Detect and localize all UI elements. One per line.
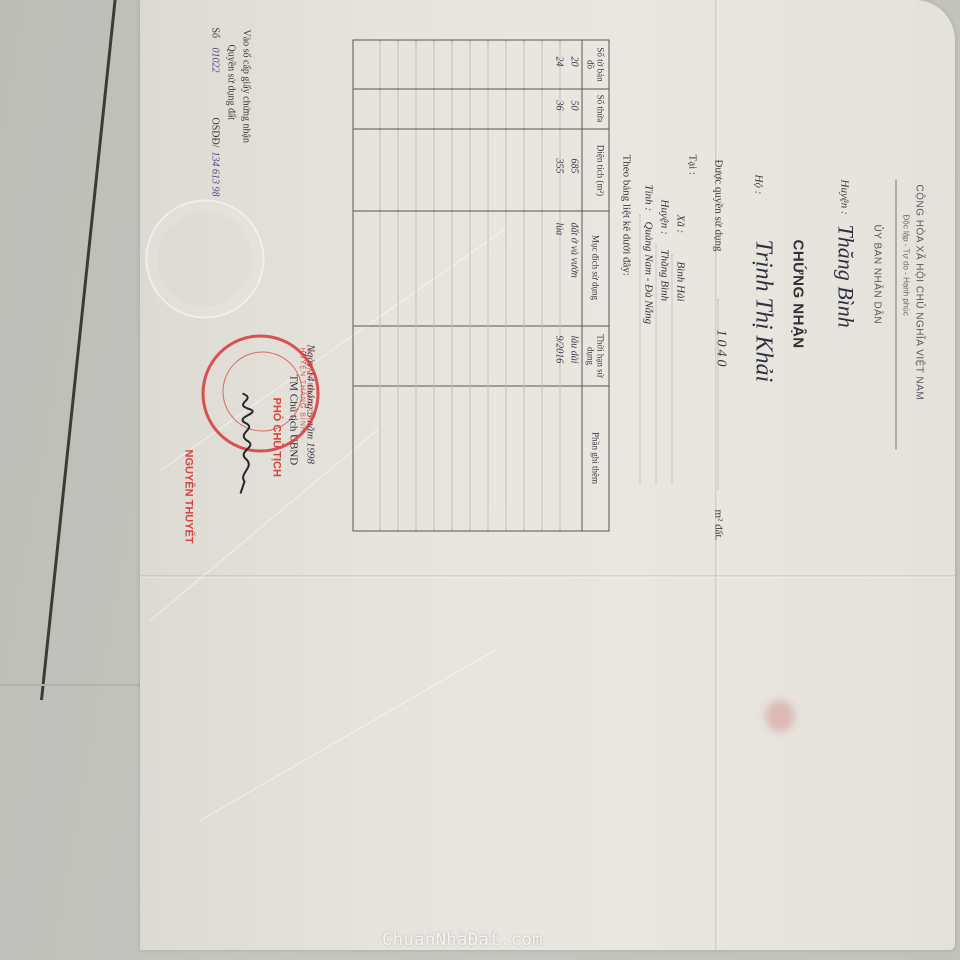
committee-label: ỦY BAN NHÂN DÂN [872,225,883,325]
registration-line-1: Vào sổ cấp giấy chứng nhận [241,30,252,143]
list-intro: Theo bảng liệt kê dưới đây: [621,155,633,276]
table-header-area: Diện tích (m²) [596,133,606,209]
location-label: Tại : [687,155,699,175]
table-cell: 9/2016 [554,336,565,364]
holder-name: Trịnh Thị Khải [750,240,777,383]
registration-line-2: Quyền sử dụng đất [226,45,237,121]
table-column-divider [354,89,609,90]
land-parcel-table: Số tờ bản đồ Số thửa Diện tích (m²) Mục … [353,40,610,532]
province-value: Quảng Nam - Đà Nẵng [643,222,655,325]
table-row-line [398,41,399,531]
table-column-divider [354,129,609,130]
province-label: Tỉnh : [643,185,655,212]
area-value: 1040 [713,330,729,370]
district-value: Thăng Bình [833,225,859,328]
registration-suffix: OSDĐ/ [210,118,221,148]
dotted-line [640,215,641,485]
floor-tile-joint-horizontal [0,684,145,686]
commune-label: Xã : [675,215,687,234]
motto: Độc lập - Tự do - Hạnh phúc [902,215,911,316]
header-rule [896,180,897,450]
table-row-line [452,41,453,531]
table-row-line [470,41,471,531]
table-header-purpose: Mục đích sử dụng [591,213,601,323]
table-column-divider [354,326,609,327]
registration-code: 134 613 98 [210,152,221,197]
table-cell: 36 [554,101,565,111]
registration-number: 01022 [210,48,221,73]
stamp-role: PHÓ CHỦ TỊCH [271,398,283,477]
location-district-value: Thăng Bình [659,250,671,302]
dotted-line [672,255,673,485]
table-cell: 50 [569,101,580,111]
watermark: ChuẩnNhàĐất.com [382,930,543,950]
table-row-line [524,41,525,531]
table-row-line [506,41,507,531]
area-unit: m² đất. [713,510,725,541]
handwritten-signature [225,390,265,500]
registration-prefix: Số [210,28,221,39]
document-title: CHỨNG NHẬN [790,240,807,349]
table-row-line [560,41,561,531]
table-row-line [416,41,417,531]
table-cell: lâu dài [569,336,580,364]
dotted-line [718,300,719,490]
table-header-duration: Thời hạn sử dụng [586,329,606,384]
table-header-parcel: Số thửa [596,91,606,127]
table-cell: 20 [569,57,580,67]
dotted-line [656,245,657,485]
table-cell: lúa [554,223,565,236]
table-row-line [434,41,435,531]
table-header-rule [582,41,583,531]
table-header-map-sheet: Số tờ bản đồ [586,43,606,87]
table-cell: 685 [569,159,580,174]
certificate-content: CỘNG HÒA XÃ HỘI CHỦ NGHĨA VIỆT NAM Độc l… [140,0,955,950]
table-row-line [380,41,381,531]
holder-label: Hộ : [753,175,765,195]
rights-label: Được quyền sử dụng [713,160,725,252]
table-cell: 355 [554,159,565,174]
table-cell: 24 [554,57,565,67]
signer-name: NGUYỄN THUYẾT [183,450,195,544]
commune-value: Bình Hải [675,262,687,302]
table-cell: đất ở và vườn [569,223,580,278]
table-column-divider [354,211,609,212]
district-label: Huyện : [839,180,851,215]
table-column-divider [354,386,609,387]
table-row-line [542,41,543,531]
republic-header: CỘNG HÒA XÃ HỘI CHỦ NGHĨA VIỆT NAM [914,185,925,401]
location-district-label: Huyện : [659,200,671,235]
table-row-line [488,41,489,531]
table-header-notes: Phần ghi thêm [591,391,601,526]
stamp-text: ỦY BAN NHÂN DÂN HUYỆN THĂNG BÌNH [299,348,313,450]
floor-tile-joint [40,0,117,700]
embossed-seal [146,200,265,319]
